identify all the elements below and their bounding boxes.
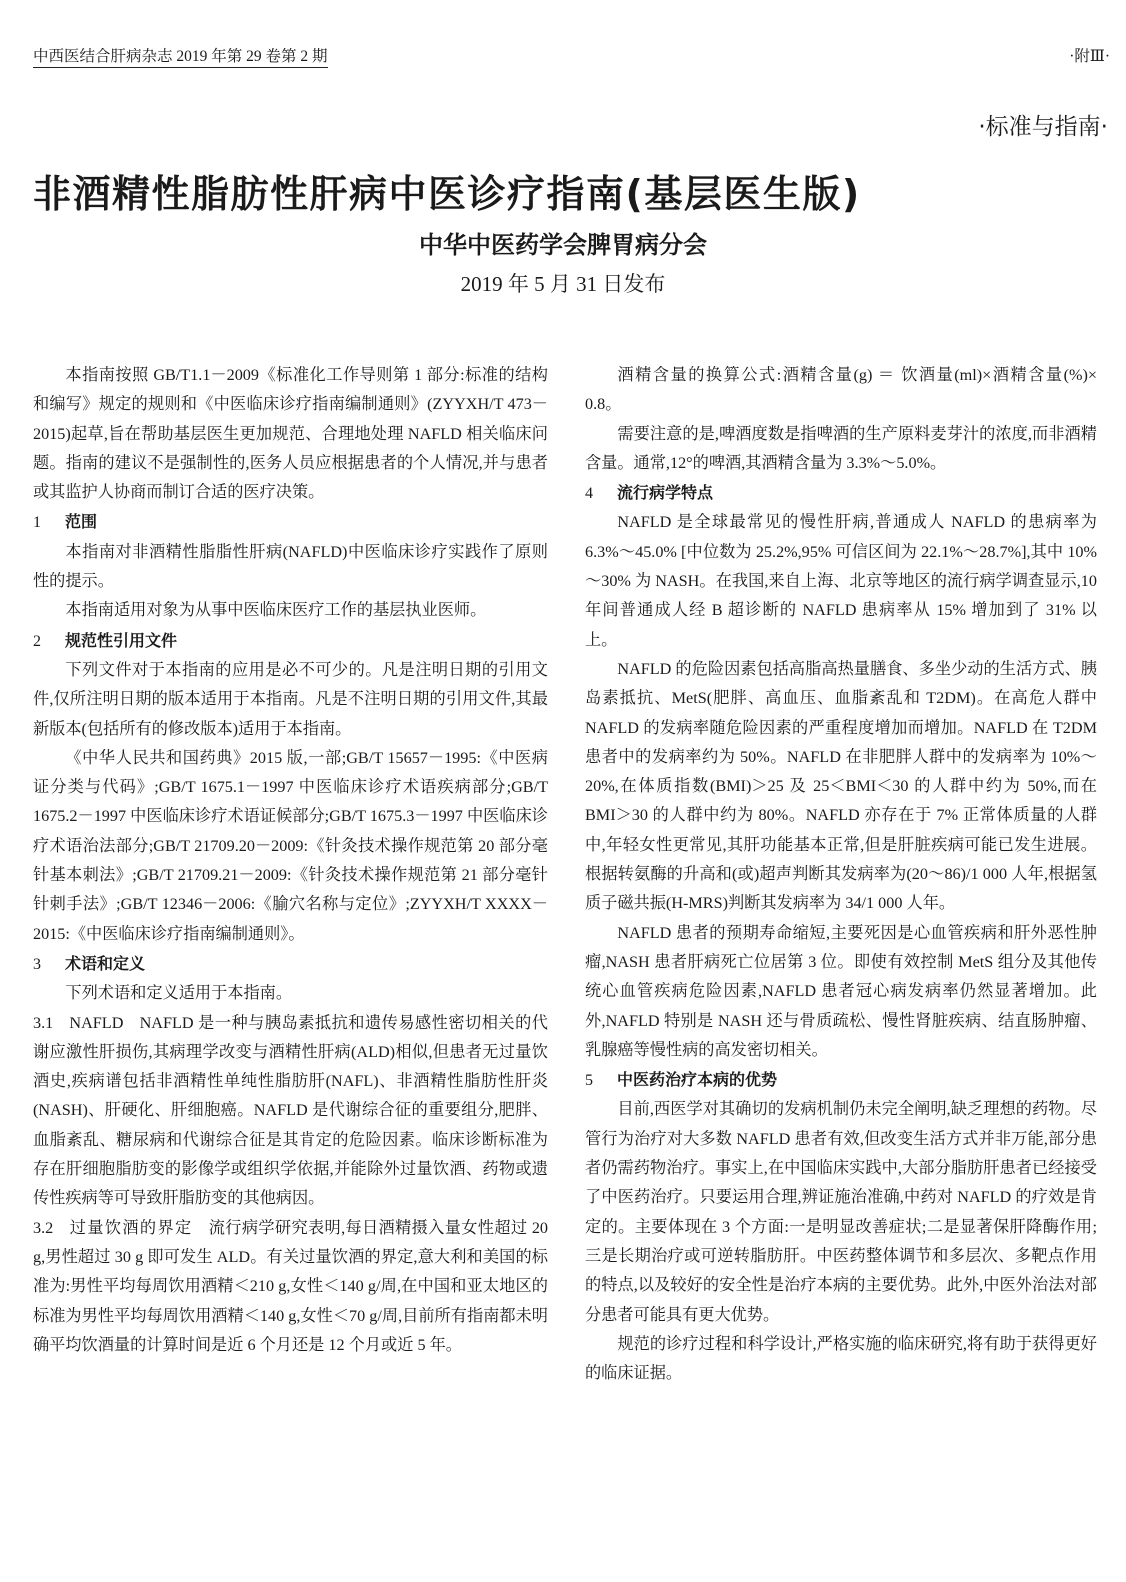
intro-paragraph: 本指南按照 GB/T1.1－2009《标准化工作导则第 1 部分:标准的结构和编… bbox=[33, 361, 548, 507]
section-number: 2 bbox=[33, 627, 65, 656]
section-column-tag: ·标准与指南· bbox=[978, 112, 1108, 142]
paragraph: 目前,西医学对其确切的发病机制仍未完全阐明,缺乏理想的药物。尽管行为治疗对大多数… bbox=[585, 1095, 1097, 1329]
term-text: 流行病学研究表明,每日酒精摄入量女性超过 20 g,男性超过 30 g 即可发生… bbox=[33, 1219, 548, 1354]
section-title: 规范性引用文件 bbox=[65, 631, 177, 650]
left-column: 本指南按照 GB/T1.1－2009《标准化工作导则第 1 部分:标准的结构和编… bbox=[33, 361, 548, 1360]
term-number: 3.1 bbox=[33, 1009, 53, 1038]
section-heading-epidemiology: 4流行病学特点 bbox=[585, 478, 1097, 508]
reference-list-paragraph: 《中华人民共和国药典》2015 版,一部;GB/T 15657－1995:《中医… bbox=[33, 744, 548, 949]
paragraph: 下列文件对于本指南的应用是必不可少的。凡是注明日期的引用文件,仅所注明日期的版本… bbox=[33, 656, 548, 744]
formula-paragraph: 酒精含量的换算公式:酒精含量(g) ＝ 饮酒量(ml)×酒精含量(%)× 0.8… bbox=[585, 361, 1097, 420]
page-number-tag: ·附Ⅲ· bbox=[1069, 48, 1110, 66]
section-number: 4 bbox=[585, 479, 617, 508]
section-number: 5 bbox=[585, 1066, 617, 1095]
paragraph: 规范的诊疗过程和科学设计,严格实施的临床研究,将有助于获得更好的临床证据。 bbox=[585, 1330, 1097, 1389]
article-title: 非酒精性脂肪性肝病中医诊疗指南(基层医生版) bbox=[33, 170, 861, 218]
term-name: 过量饮酒的界定 bbox=[69, 1219, 192, 1237]
article-author: 中华中医药学会脾胃病分会 bbox=[0, 230, 1126, 260]
section-title: 范围 bbox=[65, 512, 97, 531]
journal-running-head: 中西医结合肝病杂志 2019 年第 29 卷第 2 期 bbox=[33, 48, 328, 68]
paragraph: 本指南对非酒精性脂脂性肝病(NAFLD)中医临床诊疗实践作了原则性的提示。 bbox=[33, 538, 548, 597]
term-name: NAFLD bbox=[69, 1014, 123, 1032]
paragraph: NAFLD 患者的预期寿命缩短,主要死因是心血管疾病和肝外恶性肿瘤,NASH 患… bbox=[585, 919, 1097, 1065]
section-heading-terms-definitions: 3术语和定义 bbox=[33, 949, 548, 979]
paragraph: 需要注意的是,啤酒度数是指啤酒的生产原料麦芽汁的浓度,而非酒精含量。通常,12°… bbox=[585, 420, 1097, 479]
paragraph: NAFLD 的危险因素包括高脂高热量膳食、多坐少动的生活方式、胰岛素抵抗、Met… bbox=[585, 655, 1097, 919]
section-title: 流行病学特点 bbox=[617, 483, 713, 502]
term-number: 3.2 bbox=[33, 1214, 53, 1243]
section-title: 中医药治疗本病的优势 bbox=[617, 1070, 777, 1089]
section-number: 1 bbox=[33, 508, 65, 537]
publication-date: 2019 年 5 月 31 日发布 bbox=[0, 270, 1126, 298]
section-heading-normative-references: 2规范性引用文件 bbox=[33, 626, 548, 656]
section-title: 术语和定义 bbox=[65, 954, 145, 973]
section-heading-scope: 1范围 bbox=[33, 507, 548, 537]
paragraph: NAFLD 是全球最常见的慢性肝病,普通成人 NAFLD 的患病率为 6.3%～… bbox=[585, 508, 1097, 654]
right-column: 酒精含量的换算公式:酒精含量(g) ＝ 饮酒量(ml)×酒精含量(%)× 0.8… bbox=[585, 361, 1097, 1388]
section-number: 3 bbox=[33, 950, 65, 979]
term-text: NAFLD 是一种与胰岛素抵抗和遗传易感性密切相关的代谢应激性肝损伤,其病理学改… bbox=[33, 1014, 548, 1208]
term-definition-nafld: 3.1NAFLDNAFLD 是一种与胰岛素抵抗和遗传易感性密切相关的代谢应激性肝… bbox=[33, 1009, 548, 1214]
paragraph: 下列术语和定义适用于本指南。 bbox=[33, 979, 548, 1008]
paragraph: 本指南适用对象为从事中医临床医疗工作的基层执业医师。 bbox=[33, 596, 548, 625]
term-definition-excessive-drinking: 3.2过量饮酒的界定流行病学研究表明,每日酒精摄入量女性超过 20 g,男性超过… bbox=[33, 1214, 548, 1360]
section-heading-tcm-advantages: 5中医药治疗本病的优势 bbox=[585, 1065, 1097, 1095]
